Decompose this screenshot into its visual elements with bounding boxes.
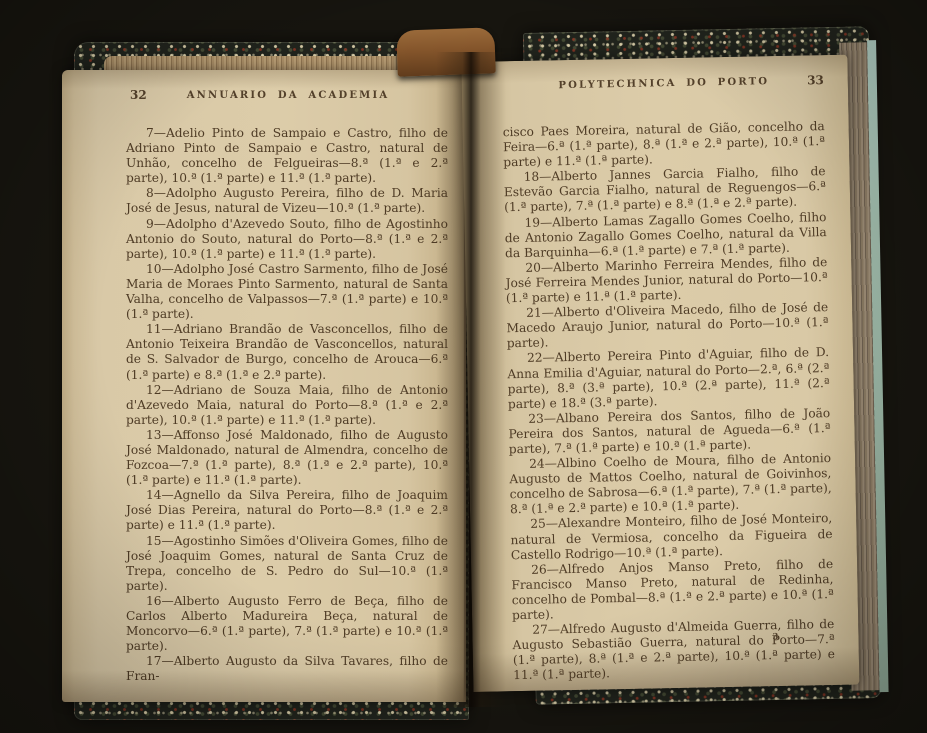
book-entry: 22—Alberto Pereira Pinto d'Aguiar, filho… [507, 345, 830, 412]
book-entry: 12—Adriano de Souza Maia, filho de Anton… [126, 383, 448, 428]
book-entry: 8—Adolpho Augusto Pereira, filho de D. M… [126, 186, 448, 216]
right-page-text: cisco Paes Moreira, natural de Gião, con… [503, 119, 826, 170]
book-entry: 27—Alfredo Augusto d'Almeida Guerra, fil… [512, 617, 835, 684]
book-entry: 10—Adolpho José Castro Sarmento, filho d… [126, 262, 448, 322]
book-entry: 20—Alberto Marinho Ferreira Mendes, filh… [505, 255, 828, 306]
book-entry: 19—Alberto Lamas Zagallo Gomes Coelho, f… [504, 210, 827, 261]
book-entry: 11—Adriano Brandão de Vasconcellos, filh… [126, 322, 448, 382]
signature-mark: 3 [772, 632, 778, 642]
left-page-header: 32 ANNUARIO DA ACADEMIA [126, 90, 450, 106]
right-side-assembly: POLYTECHNICA DO PORTO 33 cisco Paes More… [461, 26, 916, 710]
book-entry: 21—Alberto d'Oliveira Macedo, filho de J… [506, 300, 829, 351]
right-page-entries-wrap: cisco Paes Moreira, natural de Gião, con… [503, 119, 836, 684]
book-entry: 25—Alexandre Monteiro, filho de José Mon… [510, 511, 833, 562]
right-page-number: 33 [807, 73, 824, 87]
left-page-text: 7—Adelio Pinto de Sampaio e Castro, filh… [126, 126, 448, 684]
right-running-head: POLYTECHNICA DO PORTO [502, 75, 826, 92]
book-entry: 9—Adolpho d'Azevedo Souto, filho de Agos… [126, 217, 448, 262]
left-running-head: ANNUARIO DA ACADEMIA [126, 90, 450, 101]
book-entry: 17—Alberto Augusto da Silva Tavares, fil… [126, 654, 448, 684]
continuation-paragraph: cisco Paes Moreira, natural de Gião, con… [503, 119, 826, 170]
book-entry: 15—Agostinho Simões d'Oliveira Gomes, fi… [126, 534, 448, 594]
left-page: 32 ANNUARIO DA ACADEMIA 7—Adelio Pinto d… [62, 70, 464, 702]
book-entry: 13—Affonso José Maldonado, filho de Augu… [126, 428, 448, 488]
book-entry: 14—Agnello da Silva Pereira, filho de Jo… [126, 488, 448, 533]
right-entries-anchor: 18—Alberto Jannes Garcia Fialho, filho d… [503, 164, 835, 683]
right-page-header: POLYTECHNICA DO PORTO 33 [502, 75, 826, 97]
right-page: POLYTECHNICA DO PORTO 33 cisco Paes More… [461, 55, 859, 692]
book-entry: 7—Adelio Pinto de Sampaio e Castro, filh… [126, 126, 448, 186]
book-entry: 26—Alfredo Anjos Manso Preto, filho de F… [511, 557, 834, 624]
left-page-number: 32 [130, 88, 147, 102]
book-entry: 16—Alberto Augusto Ferro de Beça, filho … [126, 594, 448, 654]
spine-leather-cap [396, 27, 496, 76]
book-photo: 32 ANNUARIO DA ACADEMIA 7—Adelio Pinto d… [0, 0, 927, 733]
book-entry: 23—Albano Pereira dos Santos, filho de J… [508, 406, 831, 457]
book-entry: 24—Albino Coelho de Moura, filho de Anto… [509, 451, 832, 518]
book-entry: 18—Alberto Jannes Garcia Fialho, filho d… [503, 164, 826, 215]
